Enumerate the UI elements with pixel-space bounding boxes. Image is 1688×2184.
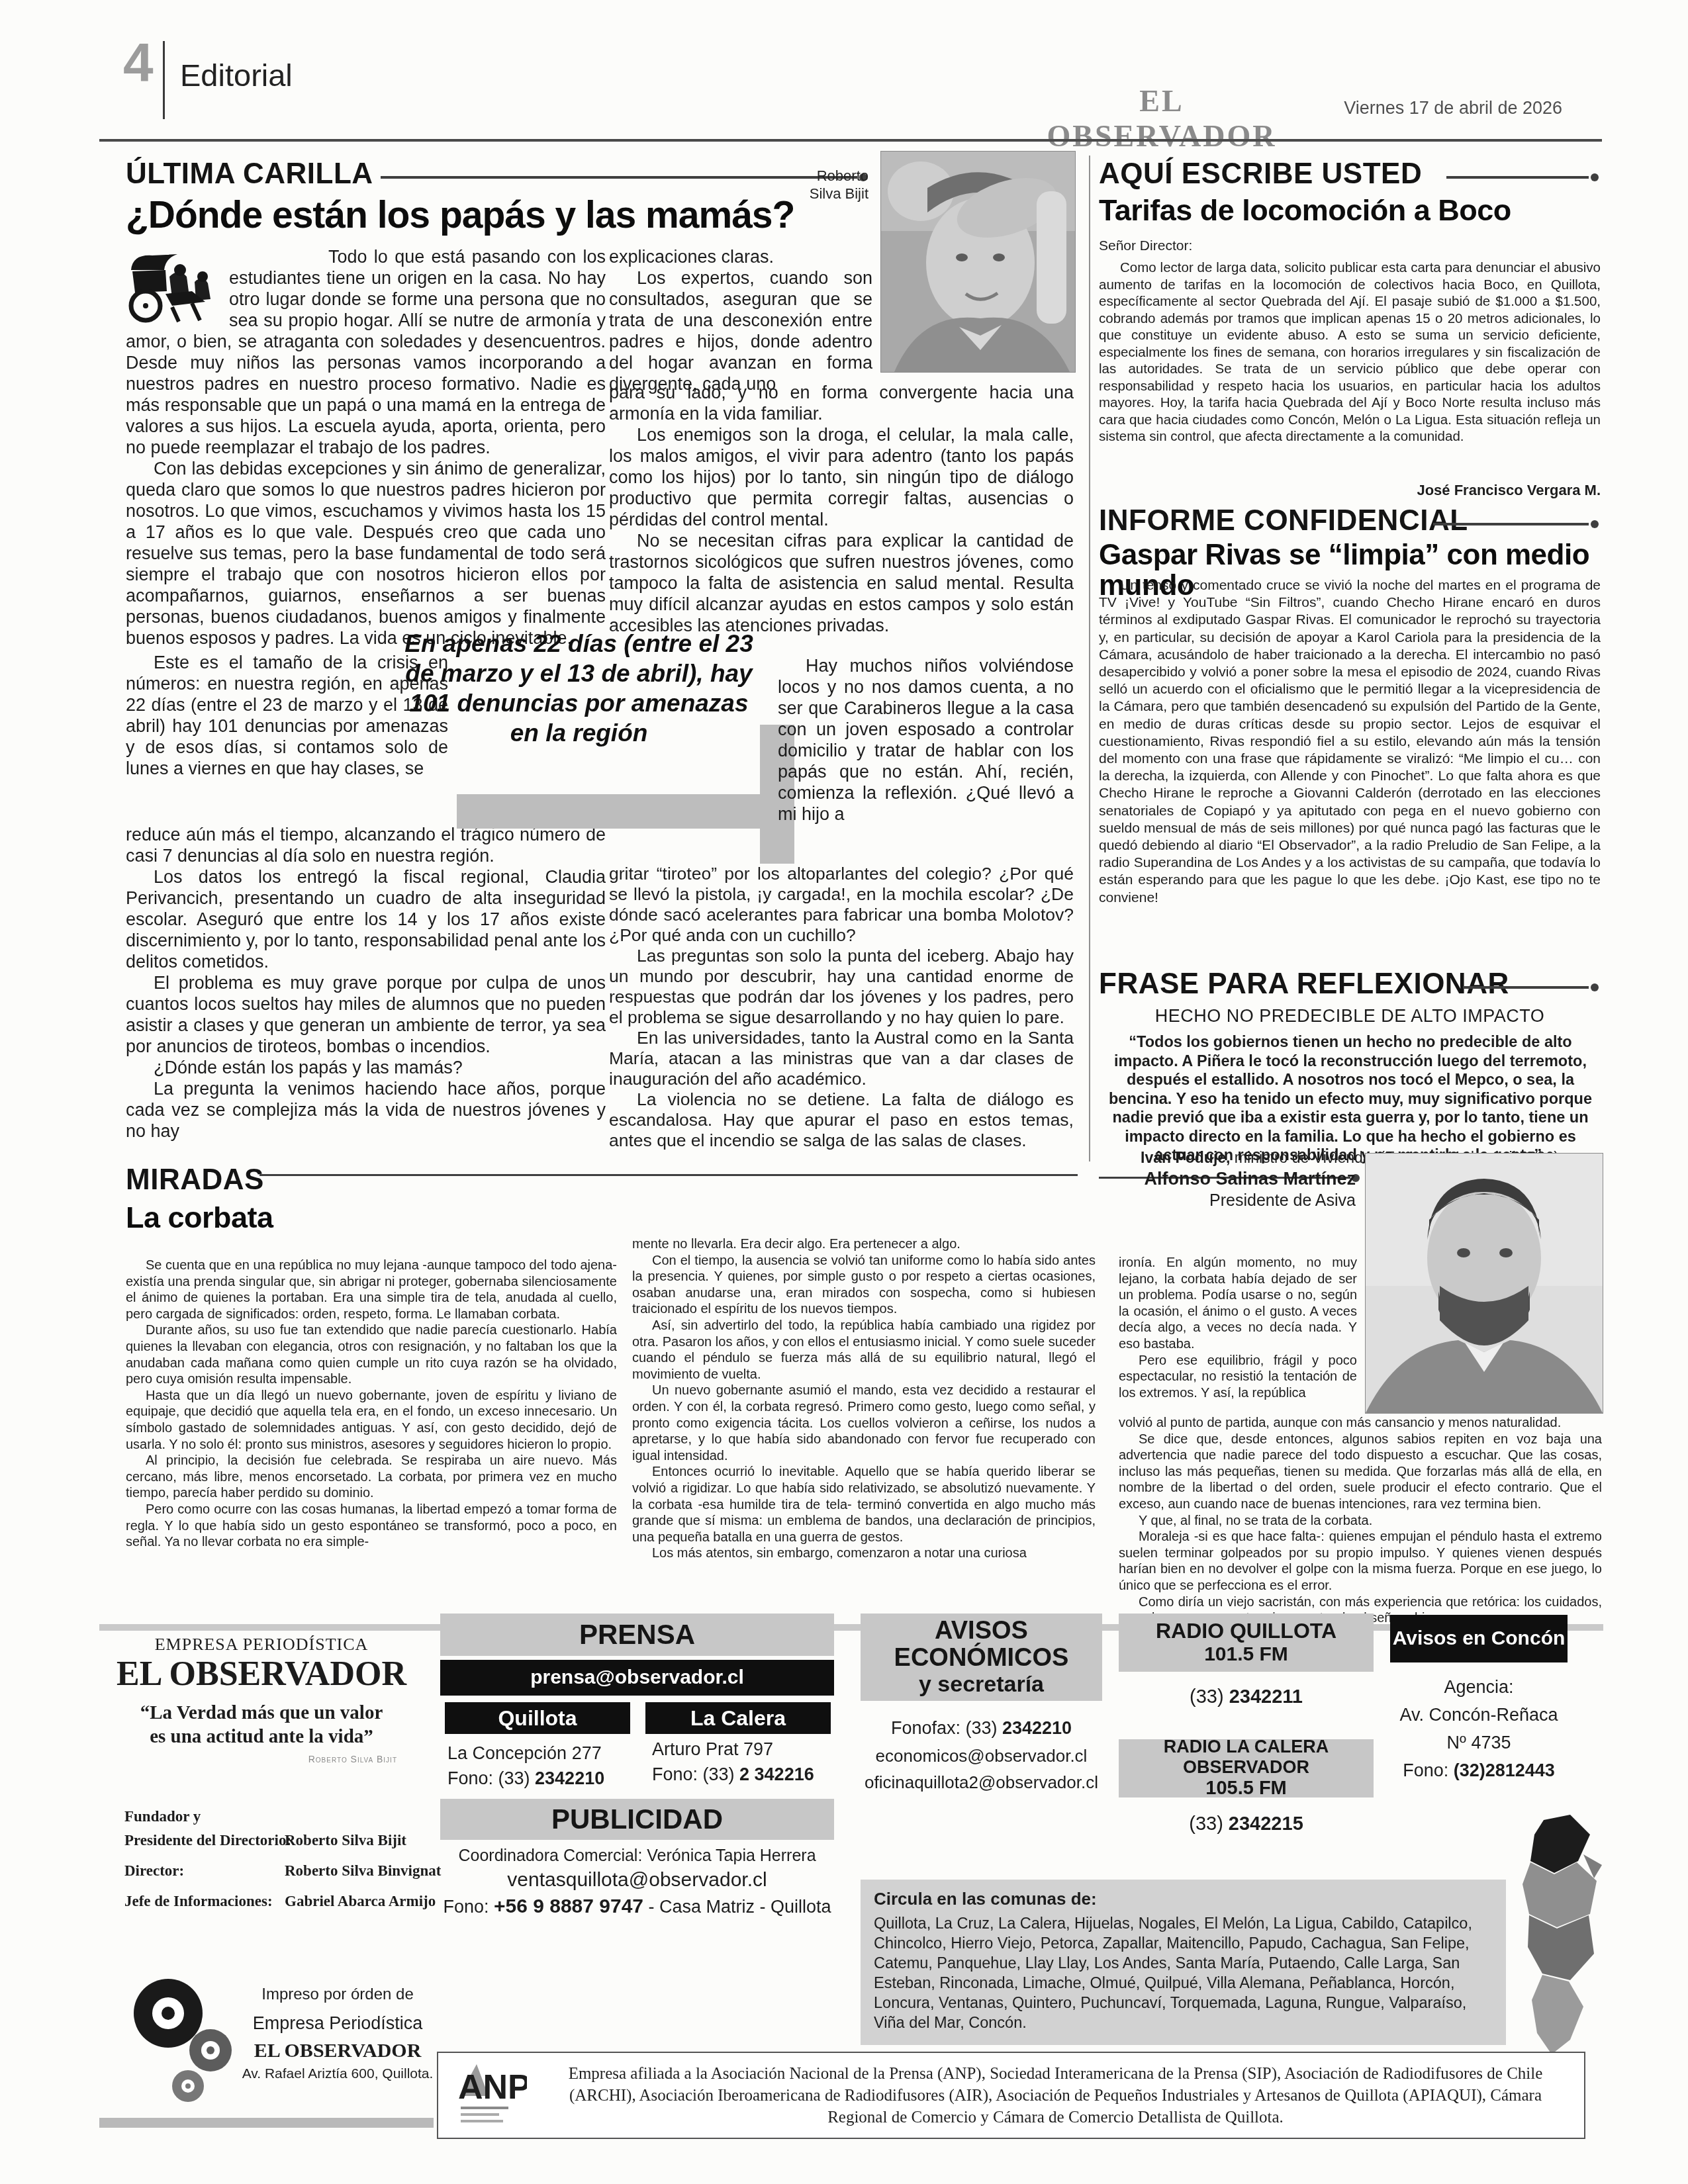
publicidad-coordinator: Coordinadora Comercial: Verónica Tapia H… [440, 1846, 834, 1866]
portrait-man-hand-on-head [881, 152, 1075, 372]
radio-calera-phone: (33) 2342215 [1119, 1813, 1374, 1835]
phone-number: +56 9 8887 9747 [494, 1895, 643, 1917]
frase-rule-dot [1591, 983, 1599, 991]
letter-salutation: Señor Director: [1099, 238, 1192, 254]
ultima-col2-bottom: gritar “tiroteo” por los altoparlantes d… [609, 864, 1074, 1151]
paragraph: Hasta que un día llegó un nuevo gobernan… [126, 1388, 617, 1453]
phone-number: 2342210 [535, 1768, 604, 1788]
publicidad-phone: Fono: +56 9 8887 9747 - Casa Matriz - Qu… [440, 1895, 834, 1918]
paragraph: gritar “tiroteo” por los altoparlantes d… [609, 864, 1074, 946]
avisos-fonofax: Fonofax: (33) 2342210 [861, 1718, 1102, 1739]
paragraph: ironía. En algún momento, no muy lejano,… [1119, 1255, 1357, 1353]
avisos-title-line2: y secretaría [919, 1672, 1044, 1697]
frase-subhead: HECHO NO PREDECIBLE DE ALTO IMPACTO [1099, 1006, 1601, 1026]
miradas-author: Alfonso Salinas Martínez [1033, 1169, 1356, 1189]
pull-quote: En apenas 22 días (entre el 23 de marzo … [392, 629, 766, 748]
phone-label: (33) [1190, 1686, 1229, 1707]
paragraph: Las preguntas son solo la punta del iceb… [609, 946, 1074, 1028]
radio-calera-name: RADIO LA CALERA OBSERVADOR [1119, 1737, 1374, 1778]
paragraph: El problema es muy grave porque por culp… [126, 972, 606, 1057]
paragraph: La pregunta la venimos haciendo hace año… [126, 1078, 606, 1142]
printing-press-logo-icon [130, 1972, 242, 2115]
page-number: 4 [123, 32, 154, 94]
publicidad-header: PUBLICIDAD [440, 1799, 834, 1840]
footer-top-rule [99, 1624, 1603, 1631]
footer-slogan-line2: es una actitud ante la vida” [99, 1726, 424, 1748]
miradas-headline: La corbata [126, 1202, 273, 1233]
phone-label: Fonofax: (33) [891, 1718, 1002, 1738]
phone-label: Fono: (33) [447, 1768, 535, 1788]
letter-body: Como lector de larga data, solicito publ… [1099, 259, 1601, 445]
paragraph: reduce aún más el tiempo, alcanzando el … [126, 824, 606, 866]
radio-calera-freq: 105.5 FM [1205, 1778, 1287, 1799]
paragraph: Moraleja -si es que hace falta-: quienes… [1119, 1529, 1602, 1594]
paragraph: Un nuevo gobernante asumió el mando, est… [632, 1383, 1096, 1464]
miradas-rule [259, 1174, 1078, 1176]
miradas-col1: Se cuenta que en una república no muy le… [126, 1257, 617, 1551]
paragraph: explicaciones claras. [609, 246, 872, 267]
paragraph: Con las debidas excepciones y sin ánimo … [126, 458, 606, 649]
column-divider [1089, 156, 1090, 1161]
aqui-escribe-headline: Tarifas de locomoción a Boco [1099, 195, 1601, 226]
frase-quote: “Todos los gobiernos tienen un hecho no … [1104, 1032, 1597, 1165]
radio-calera-box: RADIO LA CALERA OBSERVADOR 105.5 FM [1119, 1739, 1374, 1797]
radio-quillota-freq: 101.5 FM [1204, 1643, 1288, 1666]
miradas-col2: mente no llevarla. Era decir algo. Era p… [632, 1236, 1096, 1562]
paragraph: Pero como ocurre con las cosas humanas, … [126, 1502, 617, 1551]
footer-company-kicker: EMPRESA PERIODÍSTICA [99, 1635, 424, 1655]
paragraph: Entonces ocurrió lo inevitable. Aquello … [632, 1464, 1096, 1545]
ultima-carilla-rule [381, 176, 857, 179]
prensa-quillota-address: La Concepción 277 [447, 1743, 602, 1764]
paragraph: En las universidades, tanto la Austral c… [609, 1028, 1074, 1089]
paragraph: para su lado, y no en forma convergente … [609, 382, 1074, 424]
paragraph: Se cuenta que en una república no muy le… [126, 1257, 617, 1322]
staff-value-presidente: Roberto Silva Bijit [285, 1832, 406, 1849]
paragraph: Como lector de larga data, solicito publ… [1099, 259, 1601, 445]
footer-slogan-author: Roberto Silva Bijit [199, 1754, 397, 1764]
radio-quillota-box: RADIO QUILLOTA 101.5 FM [1119, 1614, 1374, 1672]
printed-by-line2: Empresa Periodística [238, 2013, 437, 2034]
aqui-escribe-rule [1446, 176, 1589, 179]
printed-by-line4: Av. Rafael Ariztía 600, Quillota. [238, 2066, 437, 2082]
paragraph: Con el tiempo, la ausencia se volvió tan… [632, 1253, 1096, 1318]
phone-number: 2342215 [1229, 1813, 1303, 1835]
prensa-header: PRENSA [440, 1614, 834, 1656]
printed-by-line1: Impreso por órden de [238, 1985, 437, 2004]
paragraph: Pero ese equilibrio, frágil y poco espec… [1119, 1353, 1357, 1402]
circulation-list: Quillota, La Cruz, La Calera, Hijuelas, … [874, 1913, 1493, 2032]
paragraph: ¿Dónde están los papás y las mamás? [126, 1057, 606, 1078]
phone-label: Fono: (33) [652, 1764, 739, 1784]
paragraph: Los expertos, cuando son consultados, as… [609, 267, 872, 394]
paragraph: Durante años, su uso fue tan extendido q… [126, 1322, 617, 1387]
informe-body: Un tenso y comentado cruce se vivió la n… [1099, 577, 1601, 907]
prensa-office-la-calera: La Calera [645, 1702, 831, 1734]
frase-attribution-name: Iván Poduje, [1141, 1149, 1230, 1166]
avisos-email2: oficinaquillota2@observador.cl [861, 1772, 1102, 1793]
paragraph: Se dice que, desde entonces, algunos sab… [1119, 1432, 1602, 1513]
anp-logo-icon: ANP [454, 2058, 527, 2134]
svg-text:ANP: ANP [458, 2068, 527, 2107]
phone-label: Fono: [443, 1897, 494, 1917]
phone-number: 2342211 [1229, 1686, 1303, 1707]
concon-header: Avisos en Concón [1390, 1615, 1568, 1662]
ultima-col2-middle: para su lado, y no en forma convergente … [609, 382, 1074, 636]
staff-label-jefe: Jefe de Informaciones: [124, 1893, 273, 1910]
concon-phone: Fono: (32)2812443 [1390, 1760, 1568, 1781]
phone-number: (32)2812443 [1454, 1760, 1555, 1780]
paragraph: Hay muchos niños volviéndose locos y no … [778, 655, 1074, 825]
paragraph: La violencia no se detiene. La falta de … [609, 1089, 1074, 1151]
aqui-escribe-kicker: AQUÍ ESCRIBE USTED [1099, 158, 1422, 191]
prensa-calera-phone: Fono: (33) 2 342216 [652, 1764, 814, 1785]
staff-label-director: Director: [124, 1862, 184, 1880]
aqui-escribe-rule-dot [1591, 173, 1599, 181]
concon-line3: Nº 4735 [1390, 1733, 1568, 1753]
footer-left-bottom-bar [99, 2118, 434, 2128]
paragraph: Los datos los entregó la fiscal regional… [126, 866, 606, 972]
paragraph: volvió al punto de partida, aunque con m… [1119, 1415, 1602, 1432]
miradas-kicker: MIRADAS [126, 1163, 264, 1197]
informe-rule-dot [1591, 520, 1599, 528]
ultima-carilla-kicker: ÚLTIMA CARILLA [126, 158, 373, 191]
miradas-col3-full: volvió al punto de partida, aunque con m… [1119, 1415, 1602, 1627]
avisos-title-line1: AVISOS ECONÓMICOS [861, 1617, 1102, 1673]
letter-signature: José Francisco Vergara M. [1099, 482, 1601, 499]
newspaper-page: { "colors": { "bar_gray": "#c7c7c7", "ba… [0, 0, 1688, 2184]
ultima-col2-beside-quote: Hay muchos niños volviéndose locos y no … [778, 655, 1074, 825]
masthead: EL OBSERVADOR [1033, 83, 1291, 154]
photo-roberto-silva [880, 151, 1076, 373]
circulation-box: Circula en las comunas de: Quillota, La … [861, 1880, 1506, 2045]
pull-quote-shadow-horizontal [457, 794, 794, 829]
paragraph: Así, sin advertirlo del todo, la repúbli… [632, 1318, 1096, 1383]
photo-alfonso-salinas [1365, 1153, 1603, 1414]
region-map-graphic [1491, 1815, 1605, 2056]
prensa-calera-address: Arturo Prat 797 [652, 1739, 773, 1760]
paragraph: Un tenso y comentado cruce se vivió la n… [1099, 577, 1601, 907]
informe-kicker: INFORME CONFIDENCIAL [1099, 504, 1468, 537]
edition-date: Viernes 17 de abril de 2026 [1331, 98, 1562, 118]
paragraph: Y que, al final, no se trata de la corba… [1119, 1513, 1602, 1529]
avisos-email1: economicos@observador.cl [861, 1746, 1102, 1766]
paragraph: Al principio, la decisión fue celebrada.… [126, 1453, 617, 1502]
avisos-header: AVISOS ECONÓMICOS y secretaría [861, 1614, 1102, 1701]
radio-quillota-name: RADIO QUILLOTA [1156, 1619, 1336, 1643]
phone-suffix: - Casa Matriz - Quillota [643, 1897, 831, 1917]
footer-slogan-line1: “La Verdad más que un valor [99, 1702, 424, 1724]
paragraph: No se necesitan cifras para explicar la … [609, 530, 1074, 636]
prensa-quillota-phone: Fono: (33) 2342210 [447, 1768, 604, 1789]
staff-value-director: Roberto Silva Binvignat [285, 1862, 441, 1880]
header-rule [99, 139, 1602, 142]
concon-line1: Agencia: [1390, 1677, 1568, 1698]
circulation-title: Circula en las comunas de: [874, 1889, 1493, 1909]
ultima-col1-top: Todo lo que está pasando con los estudia… [126, 246, 606, 649]
miradas-col3-narrow: ironía. En algún momento, no muy lejano,… [1119, 1255, 1357, 1401]
miradas-author-title: Presidente de Asiva [1033, 1191, 1356, 1210]
footer-company-name: EL OBSERVADOR [99, 1655, 424, 1694]
section-title: Editorial [180, 57, 293, 93]
paragraph: mente no llevarla. Era decir algo. Era p… [632, 1236, 1096, 1253]
phone-label: Fono: [1403, 1760, 1454, 1780]
radio-quillota-phone: (33) 2342211 [1119, 1686, 1374, 1708]
prensa-office-quillota: Quillota [445, 1702, 630, 1734]
header-divider [163, 41, 165, 119]
paragraph: Los más atentos, sin embargo, comenzaron… [632, 1545, 1096, 1562]
photo-caption-roberto-silva: Roberto Silva Bijit [792, 167, 868, 203]
concon-line2: Av. Concón-Reñaca [1390, 1705, 1568, 1725]
frase-rule [1463, 986, 1589, 989]
affiliation-strip: ANP Empresa afiliada a la Asociación Nac… [437, 2052, 1585, 2139]
staff-label-presidente: Presidente del Directorio: [124, 1832, 291, 1849]
phone-label: (33) [1189, 1813, 1229, 1835]
printed-by-line3: EL OBSERVADOR [238, 2040, 437, 2062]
carriage-clipart-icon [126, 250, 220, 324]
affiliation-text: Empresa afiliada a la Asociación Naciona… [543, 2063, 1568, 2128]
ultima-col2-top: explicaciones claras. Los expertos, cuan… [609, 246, 872, 394]
portrait-bearded-man [1366, 1154, 1603, 1413]
phone-number: 2342210 [1002, 1718, 1072, 1738]
staff-label-fundador: Fundador y [124, 1808, 201, 1825]
ultima-carilla-headline: ¿Dónde están los papás y las mamás? [126, 196, 907, 236]
prensa-email: prensa@observador.cl [440, 1660, 834, 1696]
informe-rule [1433, 523, 1589, 525]
publicidad-email: ventasquillota@observador.cl [440, 1869, 834, 1891]
phone-number: 2 342216 [739, 1764, 814, 1784]
frase-kicker: FRASE PARA REFLEXIONAR [1099, 968, 1509, 1001]
paragraph: Los enemigos son la droga, el celular, l… [609, 424, 1074, 530]
staff-value-jefe: Gabriel Abarca Armijo [285, 1893, 436, 1910]
ultima-col1-bottom: reduce aún más el tiempo, alcanzando el … [126, 824, 606, 1142]
